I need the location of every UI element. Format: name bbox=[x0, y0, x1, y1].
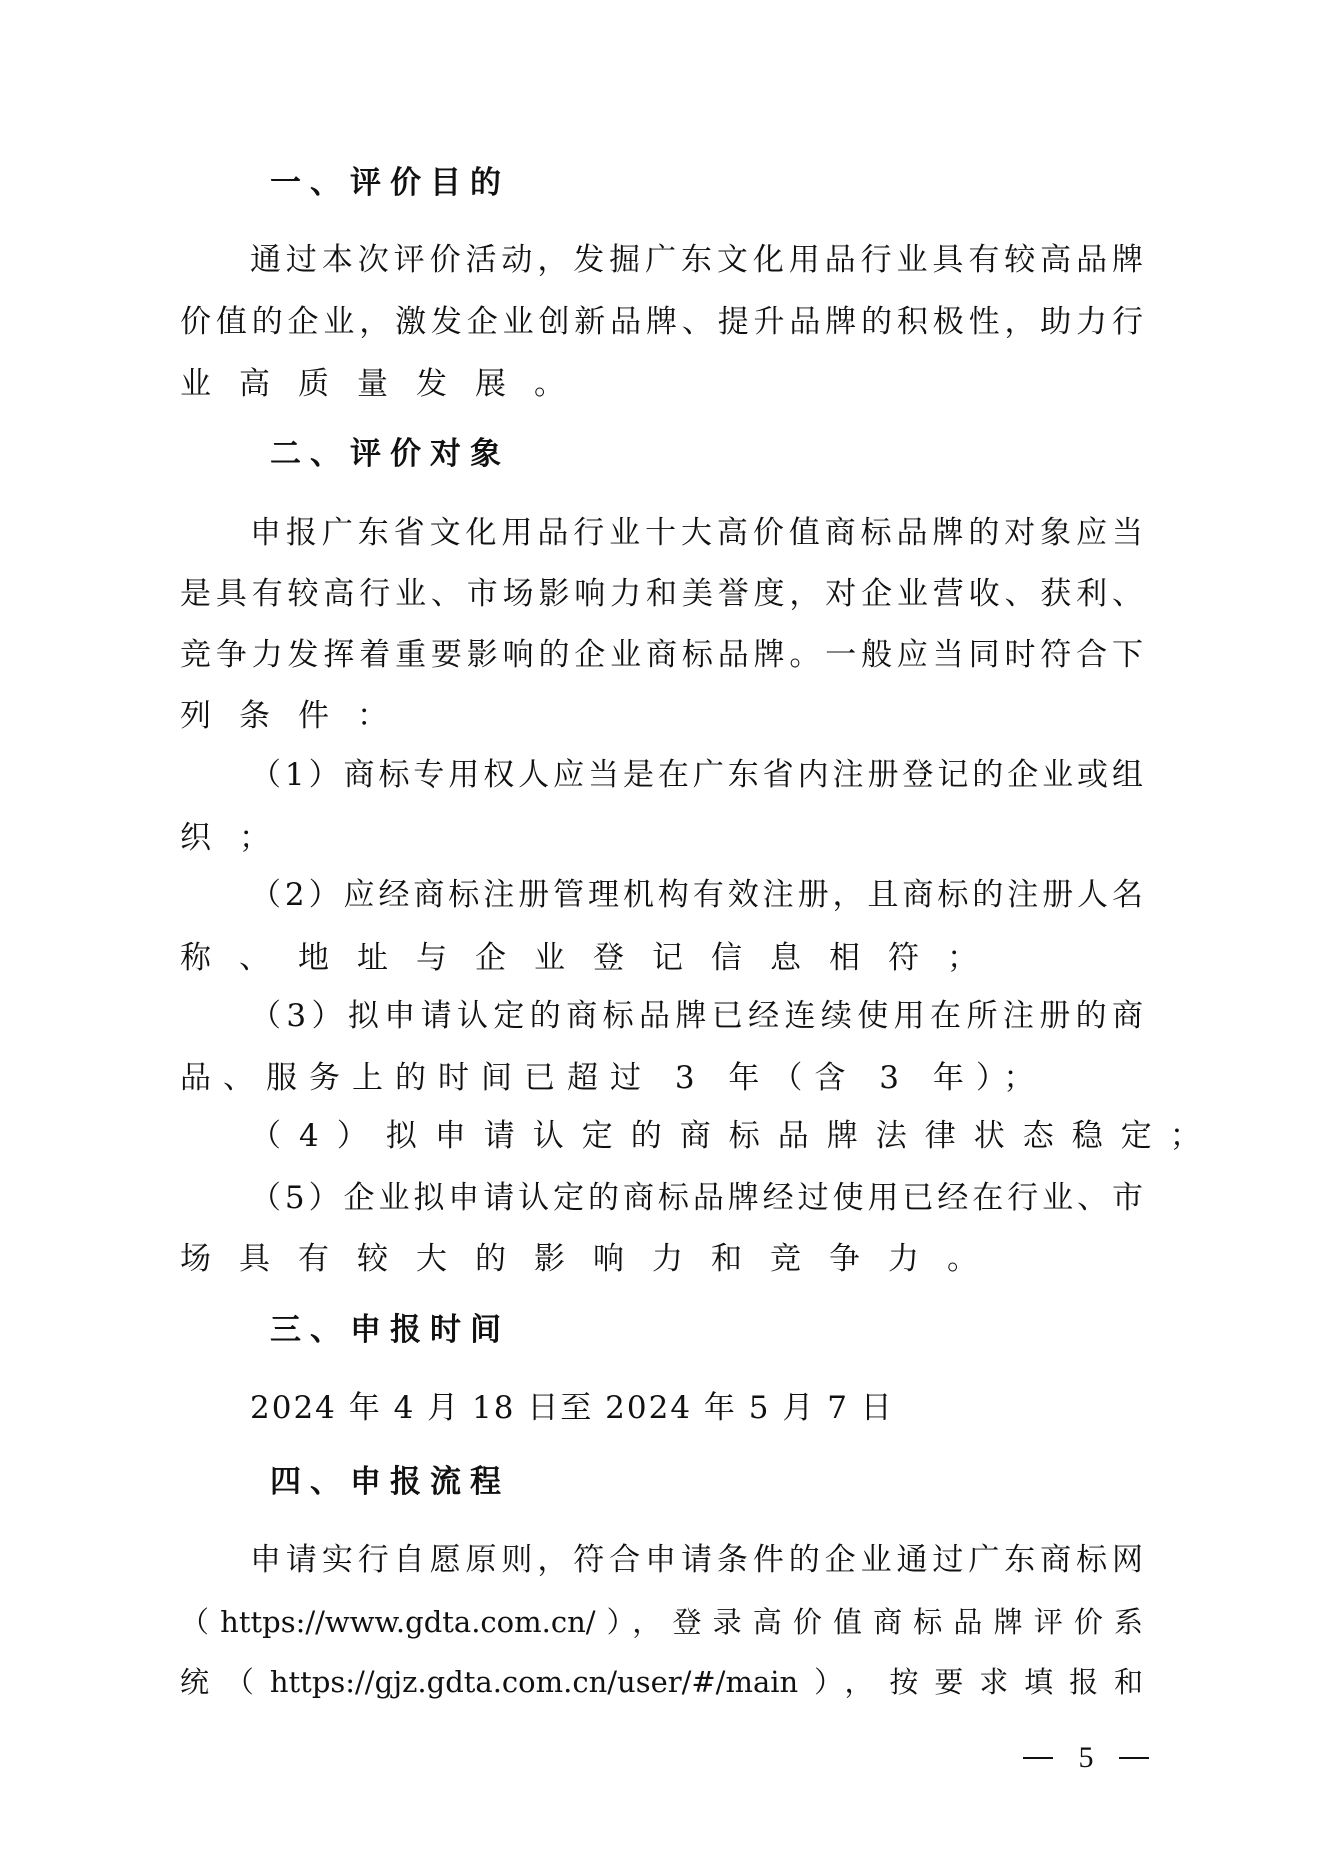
paragraph-line: 价值的企业，激发企业创新品牌、提升品牌的积极性，助力行 bbox=[180, 300, 1143, 344]
paragraph-line: 业高质量发展。 bbox=[180, 362, 1143, 406]
application-date-range: 2024 年 4 月 18 日至 2024 年 5 月 7 日 bbox=[250, 1386, 894, 1430]
condition-item-5: （5）企业拟申请认定的商标品牌经过使用已经在行业、市 bbox=[250, 1176, 1143, 1220]
paragraph-line-url: （https://www.gdta.com.cn/），登录高价值商标品牌评价系 bbox=[180, 1600, 1143, 1644]
section-heading-process: 四、申报流程 bbox=[270, 1460, 510, 1504]
condition-item-1: （1）商标专用权人应当是在广东省内注册登记的企业或组 bbox=[250, 753, 1143, 797]
paragraph-line: 是具有较高行业、市场影响力和美誉度，对企业营收、获利、 bbox=[180, 572, 1143, 616]
paragraph-line: 称、地址与企业登记信息相符； bbox=[180, 936, 1143, 980]
section-heading-purpose: 一、评价目的 bbox=[270, 161, 510, 205]
paragraph-line: 场具有较大的影响力和竞争力。 bbox=[180, 1237, 1143, 1281]
paragraph-line: 品、服务上的时间已超过 3 年（含 3 年）； bbox=[180, 1056, 1143, 1100]
page-number-value: 5 bbox=[1079, 1738, 1094, 1778]
paragraph-line: 列条件： bbox=[180, 694, 1143, 738]
paragraph-line: 申报广东省文化用品行业十大高价值商标品牌的对象应当 bbox=[250, 511, 1143, 555]
page-number-dash-right bbox=[1119, 1757, 1149, 1759]
paragraph-line: 织； bbox=[180, 816, 1143, 860]
page-number-dash-left bbox=[1023, 1757, 1053, 1759]
paragraph-line: 通过本次评价活动，发掘广东文化用品行业具有较高品牌 bbox=[250, 238, 1143, 282]
section-heading-target: 二、评价对象 bbox=[270, 432, 510, 476]
paragraph-line: 申请实行自愿原则，符合申请条件的企业通过广东商标网 bbox=[250, 1538, 1143, 1582]
condition-item-4: （4）拟申请认定的商标品牌法律状态稳定； bbox=[250, 1114, 1143, 1158]
paragraph-line: 竞争力发挥着重要影响的企业商标品牌。一般应当同时符合下 bbox=[180, 633, 1143, 677]
page-number: 5 bbox=[1023, 1738, 1149, 1778]
condition-item-2: （2）应经商标注册管理机构有效注册，且商标的注册人名 bbox=[250, 873, 1143, 917]
paragraph-line-url: 统（https://gjz.gdta.com.cn/user/#/main），按… bbox=[180, 1660, 1143, 1704]
section-heading-time: 三、申报时间 bbox=[270, 1308, 510, 1352]
condition-item-3: （3）拟申请认定的商标品牌已经连续使用在所注册的商 bbox=[250, 994, 1143, 1038]
